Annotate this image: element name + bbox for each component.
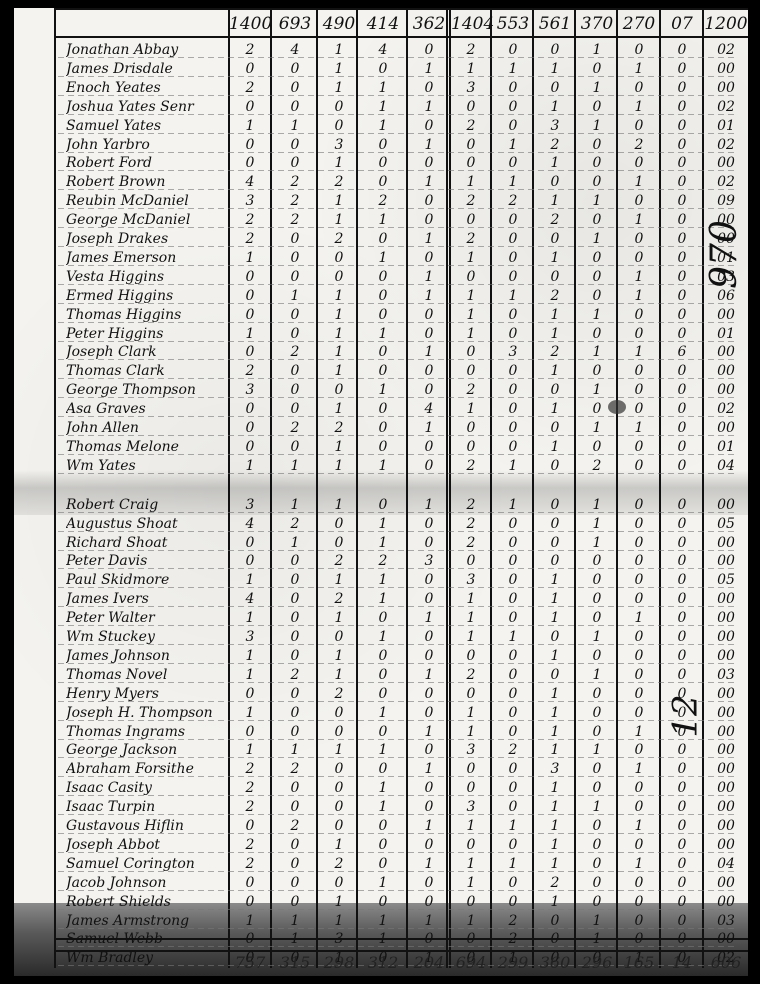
tally-value: 0 <box>408 363 450 379</box>
tally-value: 0 <box>408 155 450 171</box>
tally-value: 1 <box>451 591 491 607</box>
tally-value: 0 <box>319 705 359 721</box>
tally-value: 2 <box>359 193 407 209</box>
tally-value: 0 <box>618 553 660 569</box>
household-name: Enoch Yeates <box>66 80 236 96</box>
tally-value: 0 <box>576 875 618 891</box>
tally-value: 1 <box>576 382 618 398</box>
tally-value: 2 <box>492 193 534 209</box>
tally-value: 0 <box>492 269 534 285</box>
tally-value: 0 <box>492 761 534 777</box>
tally-value: 2 <box>534 212 576 228</box>
tally-value: 0 <box>576 250 618 266</box>
tally-value: 1 <box>359 212 407 228</box>
household-name: Joseph Clark <box>66 344 236 360</box>
tally-value: 1 <box>359 382 407 398</box>
tally-value: 0 <box>661 818 703 834</box>
tally-value: 4 <box>229 174 271 190</box>
tally-value: 0 <box>618 326 660 342</box>
tally-value: 0 <box>272 799 318 815</box>
column-header: 270 <box>618 10 660 38</box>
tally-value: 0 <box>451 344 491 360</box>
column-header: 1400 <box>229 10 271 38</box>
tally-value: 0 <box>661 856 703 872</box>
tally-value: 0 <box>576 439 618 455</box>
tally-value: 0 <box>359 344 407 360</box>
tally-value: 00 <box>704 780 748 796</box>
tally-value: 1 <box>576 667 618 683</box>
tally-value: 1 <box>451 875 491 891</box>
tally-value: 0 <box>319 516 359 532</box>
tally-value: 0 <box>408 212 450 228</box>
tally-value: 0 <box>576 705 618 721</box>
household-name: James Johnson <box>66 648 236 664</box>
household-name: Asa Graves <box>66 401 236 417</box>
tally-value: 0 <box>534 516 576 532</box>
tally-value: 3 <box>229 497 271 513</box>
tally-value: 1 <box>229 118 271 134</box>
tally-value: 3 <box>534 761 576 777</box>
tally-value: 2 <box>229 42 271 58</box>
tally-value: 0 <box>618 118 660 134</box>
tally-value: 1 <box>576 118 618 134</box>
tally-value: 1 <box>359 250 407 266</box>
tally-value: 0 <box>576 61 618 77</box>
tally-value: 0 <box>492 799 534 815</box>
tally-value: 0 <box>618 780 660 796</box>
tally-value: 0 <box>492 155 534 171</box>
tally-value: 1 <box>319 401 359 417</box>
tally-value: 2 <box>534 875 576 891</box>
tally-value: 4 <box>272 42 318 58</box>
tally-value: 0 <box>451 269 491 285</box>
tally-value: 00 <box>704 648 748 664</box>
tally-value: 0 <box>534 535 576 551</box>
tally-value: 1 <box>229 326 271 342</box>
tally-value: 0 <box>534 667 576 683</box>
tally-value: 0 <box>229 307 271 323</box>
tally-value: 1 <box>451 705 491 721</box>
tally-value: 05 <box>704 572 748 588</box>
tally-value: 1 <box>319 837 359 853</box>
tally-value: 0 <box>319 780 359 796</box>
tally-value: 0 <box>492 401 534 417</box>
tally-value: 0 <box>408 458 450 474</box>
household-name: Jacob Johnson <box>66 875 236 891</box>
tally-value: 3 <box>451 742 491 758</box>
tally-value: 0 <box>319 629 359 645</box>
tally-value: 0 <box>576 610 618 626</box>
tally-value: 05 <box>704 516 748 532</box>
tally-value: 3 <box>229 193 271 209</box>
tally-value: 2 <box>229 856 271 872</box>
household-name: James Armstrong <box>66 913 236 929</box>
household-name: Paul Skidmore <box>66 572 236 588</box>
tally-value: 1 <box>272 497 318 513</box>
tally-value: 1 <box>408 231 450 247</box>
tally-value: 0 <box>661 307 703 323</box>
tally-value: 2 <box>319 231 359 247</box>
tally-value: 0 <box>272 648 318 664</box>
household-name: Gustavous Hiflin <box>66 818 236 834</box>
tally-value: 0 <box>359 610 407 626</box>
tally-value: 0 <box>319 761 359 777</box>
tally-value: 0 <box>272 439 318 455</box>
household-name: James Ivers <box>66 591 236 607</box>
tally-value: 0 <box>359 724 407 740</box>
tally-value: 0 <box>618 80 660 96</box>
tally-value: 1 <box>229 742 271 758</box>
tally-value: 1 <box>359 931 407 947</box>
tally-value: 0 <box>359 420 407 436</box>
tally-value: 1 <box>319 610 359 626</box>
tally-value: 0 <box>408 118 450 134</box>
tally-value: 2 <box>451 231 491 247</box>
tally-value: 0 <box>618 894 660 910</box>
tally-value: 0 <box>408 307 450 323</box>
tally-value: 0 <box>492 80 534 96</box>
tally-value: 1 <box>534 648 576 664</box>
tally-value: 00 <box>704 363 748 379</box>
tally-value: 0 <box>618 931 660 947</box>
tally-value: 03 <box>704 667 748 683</box>
tally-value: 1 <box>451 307 491 323</box>
tally-value: 0 <box>229 155 271 171</box>
tally-value: 0 <box>359 288 407 304</box>
tally-value: 1 <box>618 269 660 285</box>
tally-value: 0 <box>661 326 703 342</box>
tally-value: 0 <box>661 913 703 929</box>
tally-value: 1 <box>319 61 359 77</box>
tally-value: 1 <box>319 648 359 664</box>
tally-value: 1 <box>451 610 491 626</box>
tally-value: 0 <box>576 174 618 190</box>
tally-value: 1 <box>534 307 576 323</box>
tally-value: 0 <box>408 629 450 645</box>
tally-value: 0 <box>661 591 703 607</box>
tally-value: 1 <box>408 610 450 626</box>
tally-value: 0 <box>576 761 618 777</box>
tally-value: 1 <box>408 913 450 929</box>
tally-value: 0 <box>492 648 534 664</box>
tally-value: 1 <box>492 629 534 645</box>
tally-value: 0 <box>272 250 318 266</box>
tally-value: 00 <box>704 155 748 171</box>
tally-value: 1 <box>618 61 660 77</box>
tally-value: 0 <box>661 648 703 664</box>
tally-value: 2 <box>534 344 576 360</box>
tally-value: 0 <box>618 155 660 171</box>
tally-value: 02 <box>704 174 748 190</box>
tally-value: 1 <box>359 742 407 758</box>
tally-value: 0 <box>661 382 703 398</box>
tally-value: 0 <box>272 401 318 417</box>
tally-value: 0 <box>319 382 359 398</box>
tally-value: 0 <box>661 99 703 115</box>
tally-value: 00 <box>704 894 748 910</box>
tally-value: 3 <box>229 629 271 645</box>
tally-value: 0 <box>576 648 618 664</box>
tally-value: 1 <box>272 742 318 758</box>
tally-value: 0 <box>229 724 271 740</box>
tally-value: 0 <box>492 591 534 607</box>
tally-value: 1 <box>408 137 450 153</box>
tally-value: 0 <box>272 155 318 171</box>
tally-value: 0 <box>661 516 703 532</box>
tally-value: 0 <box>618 837 660 853</box>
household-name: Augustus Shoat <box>66 516 236 532</box>
tally-value: 1 <box>319 667 359 683</box>
tally-value: 0 <box>661 250 703 266</box>
column-header: 1200 <box>704 10 748 38</box>
tally-value: 0 <box>492 382 534 398</box>
tally-value: 0 <box>359 401 407 417</box>
tally-value: 2 <box>229 212 271 228</box>
tally-value: 0 <box>661 553 703 569</box>
tally-value: 0 <box>359 818 407 834</box>
tally-value: 0 <box>492 780 534 796</box>
tally-value: 1 <box>451 724 491 740</box>
tally-value: 0 <box>272 856 318 872</box>
household-name: Peter Davis <box>66 553 236 569</box>
tally-value: 1 <box>534 250 576 266</box>
tally-value: 0 <box>534 497 576 513</box>
tally-value: 01 <box>704 326 748 342</box>
tally-value: 1 <box>359 118 407 134</box>
tally-value: 2 <box>229 799 271 815</box>
tally-value: 1 <box>359 913 407 929</box>
tally-value: 0 <box>618 382 660 398</box>
column-header: 561 <box>534 10 576 38</box>
tally-value: 0 <box>576 326 618 342</box>
tally-value: 1 <box>618 344 660 360</box>
tally-value: 3 <box>451 80 491 96</box>
tally-value: 1 <box>272 458 318 474</box>
tally-value: 1 <box>319 42 359 58</box>
tally-value: 2 <box>229 761 271 777</box>
tally-value: 0 <box>229 875 271 891</box>
tally-value: 0 <box>272 705 318 721</box>
tally-value: 0 <box>618 458 660 474</box>
tally-value: 0 <box>451 363 491 379</box>
tally-value: 0 <box>408 80 450 96</box>
household-name: Ermed Higgins <box>66 288 236 304</box>
tally-value: 1 <box>534 780 576 796</box>
tally-value: 1 <box>576 420 618 436</box>
tally-value: 1 <box>576 516 618 532</box>
tally-value: 2 <box>272 344 318 360</box>
tally-value: 1 <box>576 629 618 645</box>
tally-value: 1 <box>319 326 359 342</box>
column-total: 360 <box>534 952 576 974</box>
household-name: John Allen <box>66 420 236 436</box>
tally-value: 0 <box>661 174 703 190</box>
tally-value: 0 <box>534 231 576 247</box>
tally-value: 0 <box>272 80 318 96</box>
column-total: 204 <box>408 952 450 974</box>
tally-value: 1 <box>534 799 576 815</box>
tally-value: 0 <box>408 382 450 398</box>
tally-value: 2 <box>229 231 271 247</box>
tally-value: 2 <box>272 212 318 228</box>
column-total: 296 <box>576 952 618 974</box>
tally-value: 1 <box>534 724 576 740</box>
margin-annotation-970: 970 <box>704 220 745 289</box>
column-header: 414 <box>359 10 407 38</box>
tally-value: 0 <box>359 363 407 379</box>
tally-value: 1 <box>229 667 271 683</box>
tally-value: 1 <box>359 572 407 588</box>
tally-value: 00 <box>704 535 748 551</box>
tally-value: 0 <box>272 99 318 115</box>
tally-value: 00 <box>704 61 748 77</box>
tally-value: 0 <box>359 497 407 513</box>
tally-value: 0 <box>319 818 359 834</box>
tally-value: 0 <box>492 99 534 115</box>
tally-value: 0 <box>229 894 271 910</box>
tally-value: 1 <box>576 193 618 209</box>
tally-value: 1 <box>576 42 618 58</box>
tally-value: 0 <box>618 572 660 588</box>
tally-value: 0 <box>272 137 318 153</box>
tally-value: 1 <box>408 420 450 436</box>
household-name: John Yarbro <box>66 137 236 153</box>
tally-value: 0 <box>492 610 534 626</box>
ink-blot <box>608 400 626 414</box>
tally-value: 0 <box>661 212 703 228</box>
tally-value: 1 <box>534 439 576 455</box>
tally-value: 0 <box>661 118 703 134</box>
tally-value: 0 <box>661 497 703 513</box>
tally-value: 0 <box>534 458 576 474</box>
tally-value: 01 <box>704 439 748 455</box>
tally-value: 00 <box>704 382 748 398</box>
tally-value: 00 <box>704 818 748 834</box>
tally-value: 1 <box>229 705 271 721</box>
tally-value: 2 <box>229 837 271 853</box>
tally-value: 0 <box>618 250 660 266</box>
column-header: 1404 <box>451 10 491 38</box>
tally-value: 0 <box>408 931 450 947</box>
column-total: 757 <box>229 952 271 974</box>
tally-value: 0 <box>661 667 703 683</box>
tally-value: 2 <box>451 118 491 134</box>
column-total: 165 <box>618 952 660 974</box>
tally-value: 2 <box>576 458 618 474</box>
tally-value: 0 <box>576 591 618 607</box>
tally-value: 0 <box>492 894 534 910</box>
tally-value: 0 <box>661 931 703 947</box>
tally-value: 1 <box>408 497 450 513</box>
margin-annotation-12: 12 <box>666 694 706 737</box>
household-name: Joseph Drakes <box>66 231 236 247</box>
tally-value: 00 <box>704 497 748 513</box>
tally-value: 1 <box>576 913 618 929</box>
tally-value: 1 <box>229 913 271 929</box>
tally-value: 1 <box>534 610 576 626</box>
tally-value: 0 <box>408 780 450 796</box>
tally-value: 0 <box>576 363 618 379</box>
tally-value: 0 <box>661 610 703 626</box>
tally-value: 00 <box>704 80 748 96</box>
tally-value: 0 <box>272 553 318 569</box>
tally-value: 02 <box>704 401 748 417</box>
tally-value: 0 <box>359 856 407 872</box>
tally-value: 4 <box>229 516 271 532</box>
tally-value: 1 <box>272 535 318 551</box>
tally-value: 0 <box>272 724 318 740</box>
tally-value: 0 <box>272 326 318 342</box>
tally-value: 2 <box>451 516 491 532</box>
tally-value: 0 <box>408 42 450 58</box>
tally-value: 0 <box>661 572 703 588</box>
tally-value: 1 <box>319 439 359 455</box>
tally-value: 0 <box>661 535 703 551</box>
tally-value: 00 <box>704 724 748 740</box>
tally-value: 1 <box>534 742 576 758</box>
tally-value: 1 <box>319 80 359 96</box>
tally-value: 1 <box>319 155 359 171</box>
tally-value: 0 <box>576 269 618 285</box>
tally-value: 0 <box>408 591 450 607</box>
tally-value: 0 <box>408 648 450 664</box>
tally-value: 0 <box>661 629 703 645</box>
tally-value: 0 <box>272 894 318 910</box>
tally-value: 1 <box>451 818 491 834</box>
tally-value: 1 <box>576 307 618 323</box>
tally-value: 4 <box>229 591 271 607</box>
tally-value: 0 <box>661 42 703 58</box>
tally-value: 1 <box>576 799 618 815</box>
tally-value: 0 <box>492 535 534 551</box>
tally-value: 03 <box>704 913 748 929</box>
tally-value: 0 <box>576 724 618 740</box>
tally-value: 0 <box>492 118 534 134</box>
tally-value: 1 <box>492 61 534 77</box>
household-name: George Jackson <box>66 742 236 758</box>
tally-value: 0 <box>272 629 318 645</box>
tally-value: 0 <box>229 401 271 417</box>
household-name: Robert Craig <box>66 497 236 513</box>
tally-value: 0 <box>618 667 660 683</box>
tally-value: 0 <box>272 686 318 702</box>
tally-value: 2 <box>451 382 491 398</box>
tally-value: 3 <box>319 931 359 947</box>
tally-value: 00 <box>704 931 748 947</box>
tally-value: 0 <box>576 818 618 834</box>
tally-value: 00 <box>704 629 748 645</box>
household-name: Wm Yates <box>66 458 236 474</box>
tally-value: 1 <box>492 818 534 834</box>
tally-value: 1 <box>534 894 576 910</box>
tally-value: 00 <box>704 591 748 607</box>
tally-value: 1 <box>359 99 407 115</box>
tally-value: 2 <box>618 137 660 153</box>
tally-value: 00 <box>704 705 748 721</box>
household-name: Robert Shields <box>66 894 236 910</box>
tally-value: 0 <box>661 439 703 455</box>
household-name: Reubin McDaniel <box>66 193 236 209</box>
household-name: James Drisdale <box>66 61 236 77</box>
tally-value: 0 <box>576 780 618 796</box>
tally-value: 0 <box>576 837 618 853</box>
household-name: Jonathan Abbay <box>66 42 236 58</box>
tally-value: 0 <box>451 686 491 702</box>
tally-value: 1 <box>359 326 407 342</box>
tally-value: 0 <box>272 231 318 247</box>
tally-value: 1 <box>492 174 534 190</box>
column-header: 693 <box>272 10 318 38</box>
